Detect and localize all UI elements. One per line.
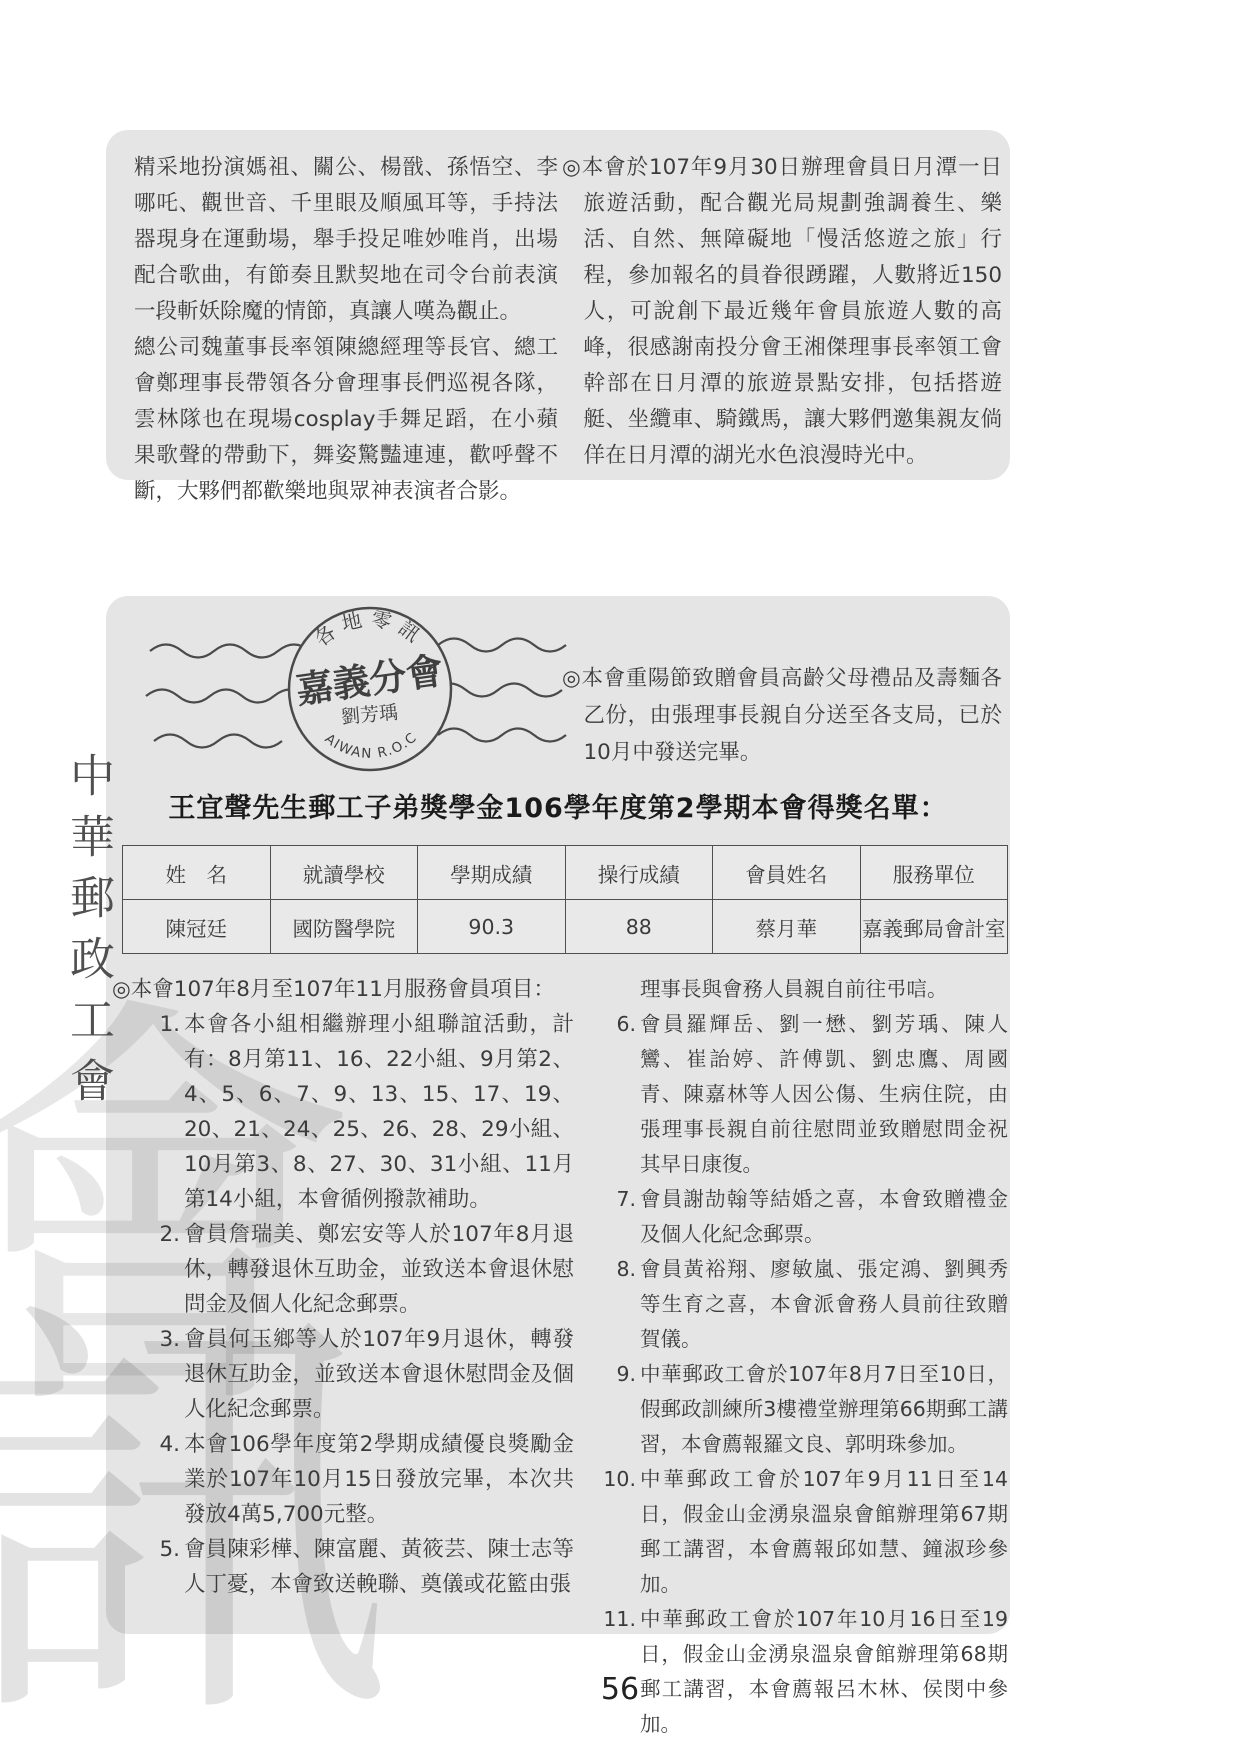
list-item: 2.會員詹瑞美、鄭宏安等人於107年8月退休，轉發退休互助金，並致送本會退休慰問… <box>112 1217 574 1322</box>
list-item: 3.會員何玉鄉等人於107年9月退休，轉發退休互助金，並致送本會退休慰問金及個人… <box>112 1322 574 1427</box>
col-header-conduct-grade: 操行成績 <box>565 846 713 900</box>
list-item: 6.會員羅輝岳、劉一懋、劉芳瑀、陳人鸞、崔詒婷、許傅凱、劉忠鷹、周國青、陳嘉林等… <box>610 1007 1008 1182</box>
col-header-semester-grade: 學期成績 <box>418 846 566 900</box>
item-text: 會員黃裕翔、廖敏嵐、張定鴻、劉興秀等生育之喜，本會派會務人員前往致贈賀儀。 <box>640 1252 1008 1357</box>
newsletter-page: 會 訊 精采地扮演媽祖、關公、楊戩、孫悟空、李哪吒、觀世音、千里眼及順風耳等，手… <box>0 0 1240 1754</box>
holiday-gift-item: ◎本會重陽節致贈會員高齡父母禮品及壽麵各乙份，由張理事長親自分送至各支局，已於1… <box>562 660 1002 771</box>
cell-member-name: 蔡月華 <box>713 900 861 954</box>
item-text: 本會各小組相繼辦理小組聯誼活動，計有：8月第11、16、22小組、9月第2、4、… <box>184 1007 574 1217</box>
cell-service-unit: 嘉義郵局會計室 <box>860 900 1008 954</box>
item-number: 4. <box>159 1427 180 1462</box>
item-text: 本會於107年9月30日辦理會員日月潭一日旅遊活動，配合觀光局規劃強調養生、樂活… <box>582 155 1002 468</box>
list-item-continuation: 理事長與會務人員親自前往弔唁。 <box>610 972 1008 1007</box>
scholarship-table: 姓 名 就讀學校 學期成績 操行成績 會員姓名 服務單位 陳冠廷 國防醫學院 9… <box>122 845 1008 954</box>
item-text: 本會重陽節致贈會員高齡父母禮品及壽麵各乙份，由張理事長親自分送至各支局，已於10… <box>581 666 1002 765</box>
item-text: 理事長與會務人員親自前往弔唁。 <box>640 972 1008 1007</box>
news-item: ◎本會於107年9月30日辦理會員日月潭一日旅遊活動，配合觀光局規劃強調養生、樂… <box>562 150 1002 474</box>
item-text: 中華郵政工會於107年8月7日至10日，假郵政訓練所3樓禮堂辦理第66期郵工講習… <box>640 1357 1008 1462</box>
item-text: 會員羅輝岳、劉一懋、劉芳瑀、陳人鸞、崔詒婷、許傅凱、劉忠鷹、周國青、陳嘉林等人因… <box>640 1007 1008 1182</box>
list-item: 4.本會106學年度第2學期成績優良獎勵金業於107年10月15日發放完畢，本次… <box>112 1427 574 1532</box>
col-header-member-name: 會員姓名 <box>713 846 861 900</box>
item-text: 中華郵政工會於107年9月11日至14日，假金山金湧泉溫泉會館辦理第67期郵工講… <box>640 1462 1008 1602</box>
item-number: 6. <box>616 1007 636 1042</box>
cell-school: 國防醫學院 <box>270 900 418 954</box>
article-right-column: ◎本會於107年9月30日辦理會員日月潭一日旅遊活動，配合觀光局規劃強調養生、樂… <box>562 150 1002 474</box>
col-header-service-unit: 服務單位 <box>860 846 1008 900</box>
item-number: 2. <box>159 1217 180 1252</box>
service-list-right-column: 理事長與會務人員親自前往弔唁。 6.會員羅輝岳、劉一懋、劉芳瑀、陳人鸞、崔詒婷、… <box>610 972 1008 1742</box>
item-number: 10. <box>603 1462 636 1497</box>
item-number: 3. <box>159 1322 180 1357</box>
cell-conduct-grade: 88 <box>565 900 713 954</box>
cancellation-waves-right <box>434 639 566 742</box>
item-text: 本會107年8月至107年11月服務會員項目： <box>131 977 555 1002</box>
item-text: 本會106學年度第2學期成績優良獎勵金業於107年10月15日發放完畢，本次共發… <box>184 1427 574 1532</box>
col-header-name: 姓 名 <box>123 846 271 900</box>
item-number: 8. <box>616 1252 636 1287</box>
item-text: 會員陳彩樺、陳富麗、黃筱芸、陳士志等人丁憂，本會致送輓聯、奠儀或花籃由張 <box>184 1532 574 1602</box>
service-list-left-column: ◎本會107年8月至107年11月服務會員項目： 1.本會各小組相繼辦理小組聯誼… <box>112 972 574 1602</box>
article-paragraph: 總公司魏董事長率領陳總經理等長官、總工會鄭理事長帶領各分會理事長們巡視各隊，雲林… <box>134 330 558 510</box>
item-text: 會員何玉鄉等人於107年9月退休，轉發退休互助金，並致送本會退休慰問金及個人化紀… <box>184 1322 574 1427</box>
cell-name: 陳冠廷 <box>123 900 271 954</box>
branch-postmark-stamp: 各地零訊 嘉義分會 劉芳瑀 TAIWAN R.O.C. <box>138 553 568 783</box>
list-item: 8.會員黃裕翔、廖敏嵐、張定鴻、劉興秀等生育之喜，本會派會務人員前往致贈賀儀。 <box>610 1252 1008 1357</box>
list-item: 7.會員謝劼翰等結婚之喜，本會致贈禮金及個人化紀念郵票。 <box>610 1182 1008 1252</box>
service-list-heading: ◎本會107年8月至107年11月服務會員項目： <box>112 972 574 1007</box>
item-text: 會員詹瑞美、鄭宏安等人於107年8月退休，轉發退休互助金，並致送本會退休慰問金及… <box>184 1217 574 1322</box>
scholarship-title: 王宜聲先生郵工子弟獎學金106學年度第2學期本會得獎名單： <box>106 786 1010 825</box>
list-item: 10.中華郵政工會於107年9月11日至14日，假金山金湧泉溫泉會館辦理第67期… <box>610 1462 1008 1602</box>
list-item: 9.中華郵政工會於107年8月7日至10日，假郵政訓練所3樓禮堂辦理第66期郵工… <box>610 1357 1008 1462</box>
item-number: 11. <box>603 1602 636 1637</box>
page-number: 56 <box>0 1672 1240 1707</box>
list-item: 5.會員陳彩樺、陳富麗、黃筱芸、陳士志等人丁憂，本會致送輓聯、奠儀或花籃由張 <box>112 1532 574 1602</box>
item-text: 會員謝劼翰等結婚之喜，本會致贈禮金及個人化紀念郵票。 <box>640 1182 1008 1252</box>
list-item: 1.本會各小組相繼辦理小組聯誼活動，計有：8月第11、16、22小組、9月第2、… <box>112 1007 574 1217</box>
col-header-school: 就讀學校 <box>270 846 418 900</box>
article-paragraph: 精采地扮演媽祖、關公、楊戩、孫悟空、李哪吒、觀世音、千里眼及順風耳等，手持法器現… <box>134 150 558 330</box>
item-number: 9. <box>616 1357 636 1392</box>
item-bullet: ◎ <box>562 155 582 180</box>
sidebar-vertical-title: 中華郵政工會 <box>56 752 121 1118</box>
table-row: 陳冠廷 國防醫學院 90.3 88 蔡月華 嘉義郵局會計室 <box>123 900 1008 954</box>
cell-semester-grade: 90.3 <box>418 900 566 954</box>
item-bullet: ◎ <box>562 666 581 691</box>
item-number: 7. <box>616 1182 636 1217</box>
item-number: 5. <box>159 1532 180 1567</box>
table-header-row: 姓 名 就讀學校 學期成績 操行成績 會員姓名 服務單位 <box>123 846 1008 900</box>
cancellation-waves-left <box>146 645 310 748</box>
item-number: 1. <box>159 1007 180 1042</box>
article-left-column: 精采地扮演媽祖、關公、楊戩、孫悟空、李哪吒、觀世音、千里眼及順風耳等，手持法器現… <box>134 150 558 510</box>
